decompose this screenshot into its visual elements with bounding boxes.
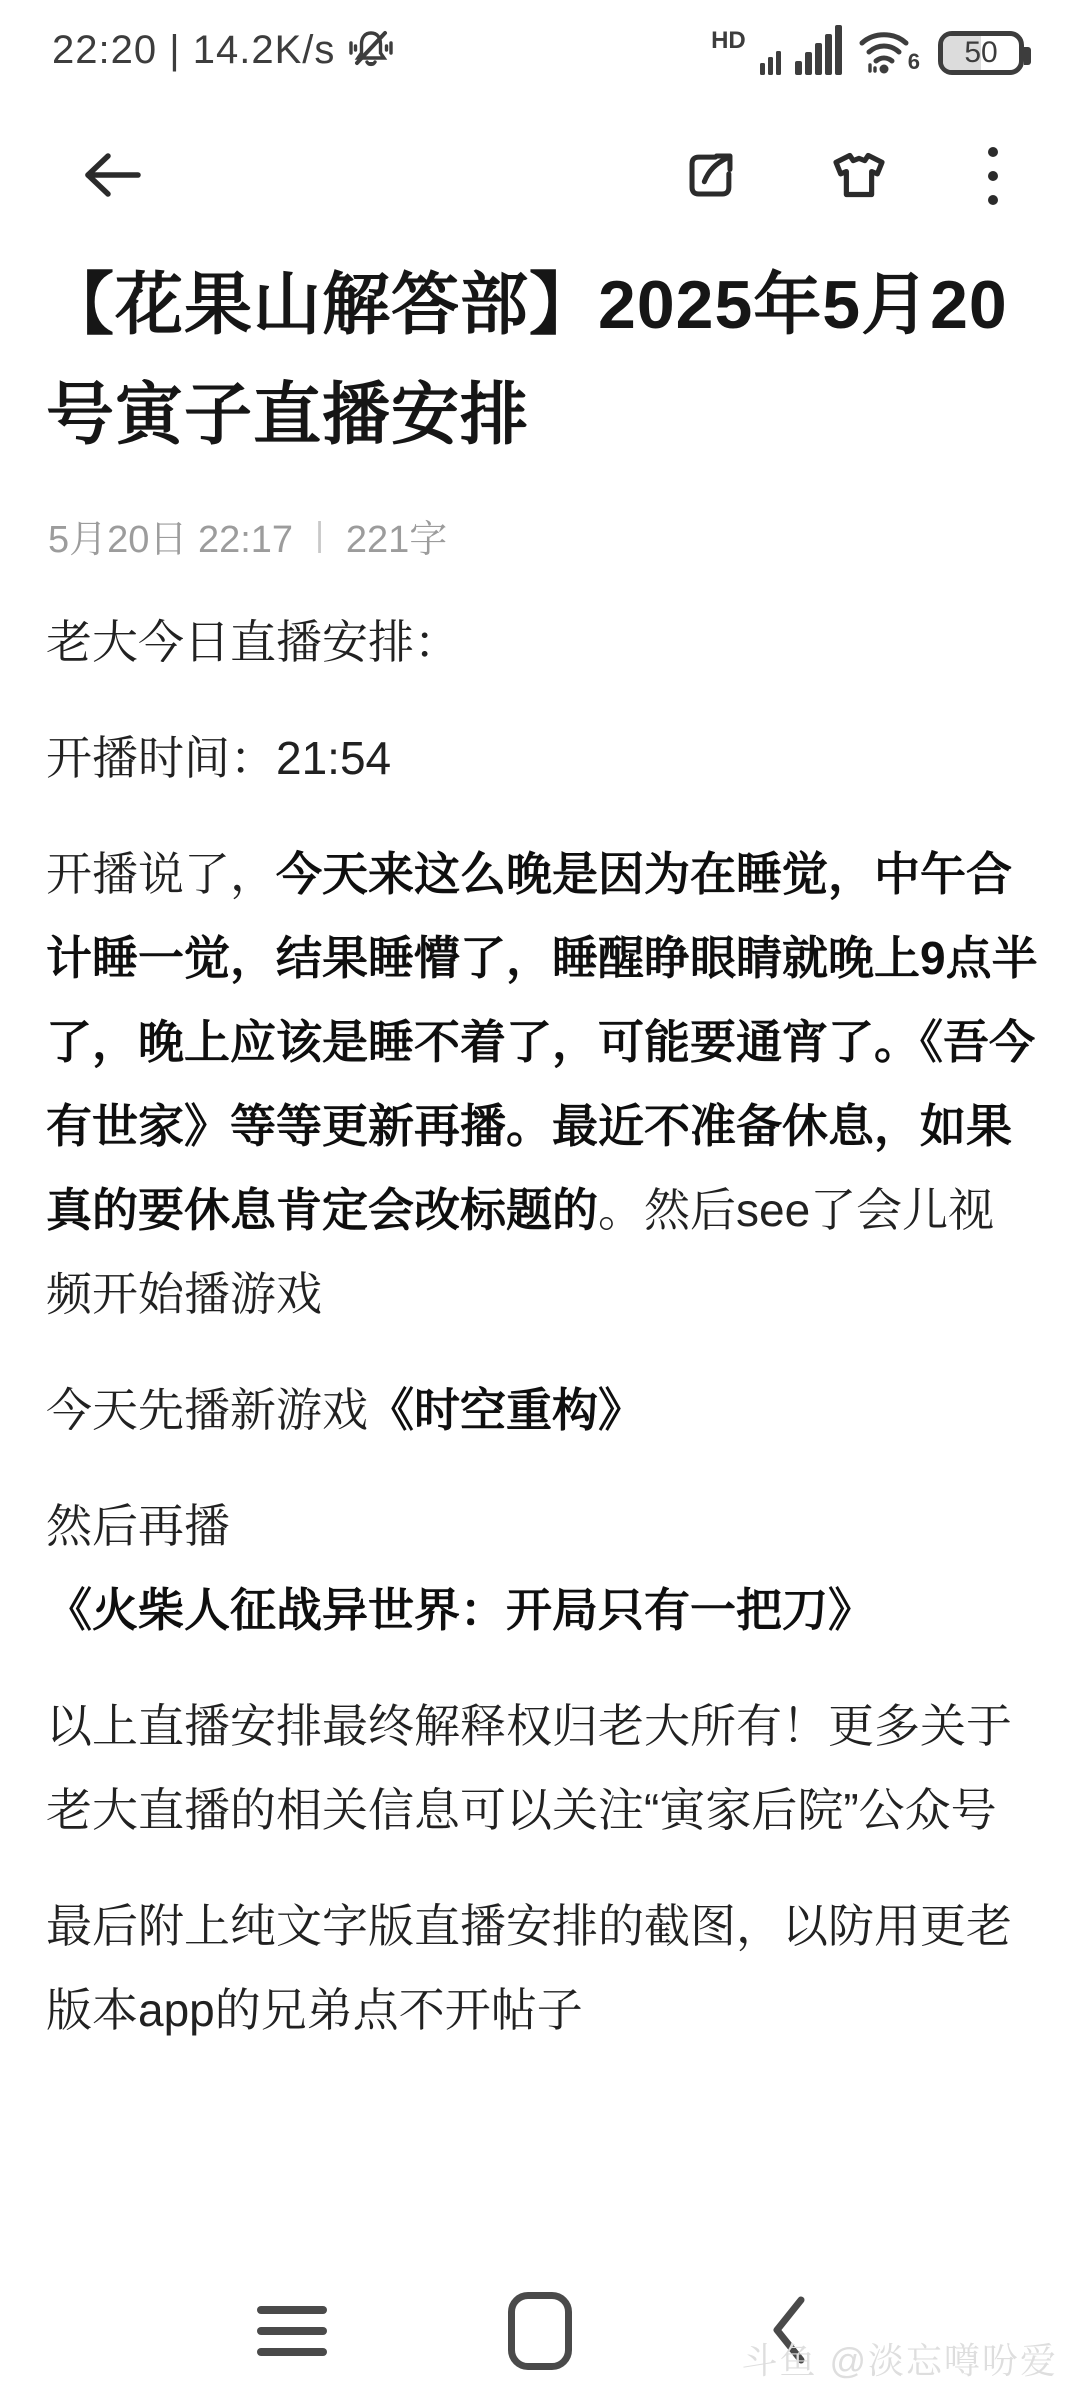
hd-badge: HD <box>711 27 746 55</box>
toolbar-actions <box>682 143 1008 209</box>
clock-and-netspeed: 22:20 | 14.2K/s <box>52 28 335 73</box>
toolbar <box>0 118 1080 234</box>
battery-percent: 50 <box>964 36 997 70</box>
more-menu-button[interactable] <box>978 143 1008 209</box>
post-datetime: 5月20日 22:17 <box>48 508 293 563</box>
battery-nub <box>1024 47 1031 65</box>
recents-square-icon <box>508 2292 572 2370</box>
wifi-icon: 6 <box>856 25 920 75</box>
nav-menu-button[interactable] <box>252 2288 332 2374</box>
text-segment: 最后附上纯文字版直播安排的截图，以防用更老版本app的兄弟点不开帖子 <box>46 1900 1012 2036</box>
wifi6-label: 6 <box>908 49 920 75</box>
bold-text-segment: 今天来这么晚是因为在睡觉，中午合计睡一觉，结果睡懵了，睡醒睁眼睛就晚上9点半了，… <box>46 848 1038 1236</box>
screen: 22:20 | 14.2K/s HD <box>0 0 1080 2400</box>
text-segment: 然后再播 <box>46 1500 230 1552</box>
bold-text-segment: 《时空重构》 <box>368 1384 644 1436</box>
nav-home-button[interactable] <box>500 2288 580 2374</box>
paragraph: 老大今日直播安排： <box>46 600 1038 684</box>
bell-slash-vibrate-icon <box>347 26 395 75</box>
douyu-watermark: 斗鱼 @淡忘噂吩爱 <box>741 2333 1058 2384</box>
paragraph: 然后再播《火柴人征战异世界：开局只有一把刀》 <box>46 1484 1038 1652</box>
text-segment: 开播说了， <box>46 848 276 900</box>
meta-divider: | <box>315 516 324 555</box>
sim2-signal-bars-icon <box>760 51 781 75</box>
back-button[interactable] <box>78 148 144 205</box>
share-external-icon <box>682 146 740 207</box>
text-segment: 今天先播新游戏 <box>46 1384 368 1436</box>
hamburger-menu-icon <box>257 2306 327 2356</box>
bold-text-segment: 《火柴人征战异世界：开局只有一把刀》 <box>46 1584 874 1636</box>
paragraph: 开播时间：21:54 <box>46 716 1038 800</box>
article-body: 老大今日直播安排：开播时间：21:54开播说了，今天来这么晚是因为在睡觉，中午合… <box>46 600 1038 2084</box>
status-left: 22:20 | 14.2K/s <box>52 26 395 75</box>
status-right: HD 6 50 <box>711 25 1024 75</box>
text-segment: 以上直播安排最终解释权归老大所有！更多关于老大直播的相关信息可以关注“寅家后院”… <box>46 1700 1012 1836</box>
paragraph: 开播说了，今天来这么晚是因为在睡觉，中午合计睡一觉，结果睡懵了，睡醒睁眼睛就晚上… <box>46 832 1038 1336</box>
arrow-left-icon <box>78 148 144 205</box>
battery-icon: 50 <box>938 31 1024 75</box>
post-word-count: 221字 <box>346 508 447 563</box>
paragraph: 以上直播安排最终解释权归老大所有！更多关于老大直播的相关信息可以关注“寅家后院”… <box>46 1684 1038 1852</box>
theme-skin-button[interactable] <box>828 147 890 206</box>
sim1-signal-bars-icon <box>795 25 842 75</box>
text-segment: 老大今日直播安排： <box>46 616 460 668</box>
paragraph: 最后附上纯文字版直播安排的截图，以防用更老版本app的兄弟点不开帖子 <box>46 1884 1038 2052</box>
kebab-menu-icon <box>988 147 998 205</box>
tshirt-icon <box>828 147 890 206</box>
status-bar: 22:20 | 14.2K/s HD <box>0 12 1080 88</box>
share-button[interactable] <box>682 146 740 207</box>
paragraph: 今天先播新游戏《时空重构》 <box>46 1368 1038 1452</box>
text-segment: 开播时间：21:54 <box>46 732 391 784</box>
post-meta: 5月20日 22:17 | 221字 <box>48 508 447 563</box>
post-title: 【花果山解答部】2025年5月20号寅子直播安排 <box>46 250 1024 470</box>
